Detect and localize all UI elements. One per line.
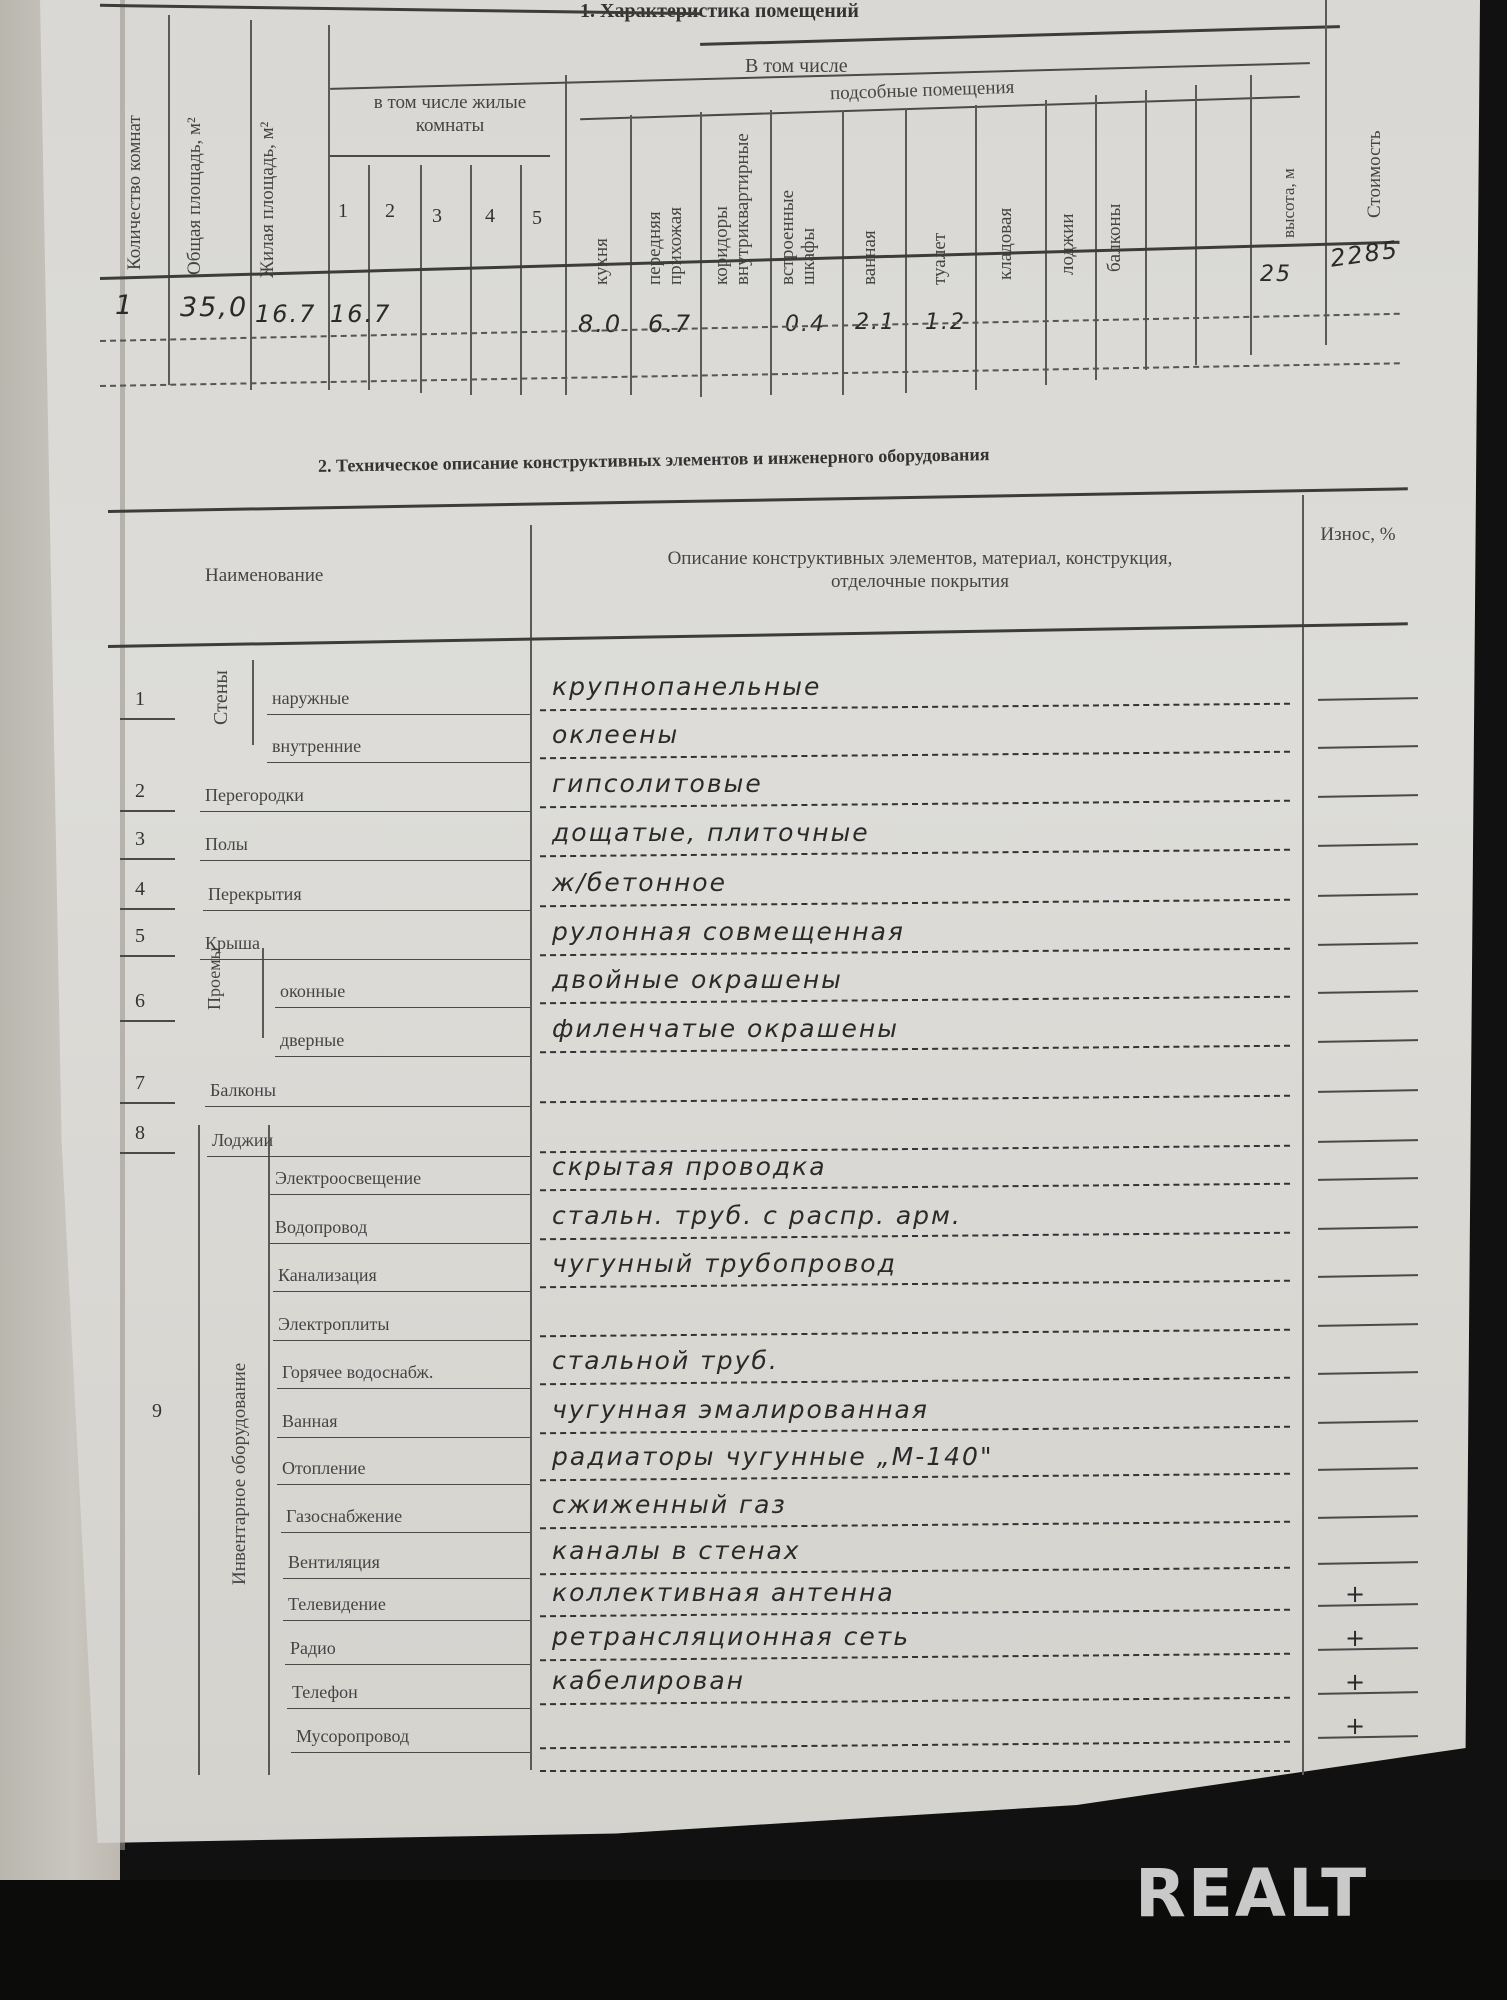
- row-description: дощатые, плиточные: [552, 818, 870, 847]
- room-number-5: 5: [532, 207, 542, 230]
- row-description: кабелирован: [552, 1666, 745, 1695]
- row-description: ретрансляционная сеть: [552, 1622, 910, 1651]
- row-name-underline: [277, 1388, 530, 1389]
- row-name-underline: [277, 1484, 530, 1485]
- row-name-underline: [200, 959, 530, 960]
- header-storage: кладовая: [996, 208, 1017, 280]
- col-line: [1145, 90, 1147, 370]
- room-number-2: 2: [385, 200, 395, 223]
- row-name-underline: [281, 1532, 530, 1533]
- col-line: [268, 1125, 270, 1775]
- row-name: Водопровод: [275, 1217, 367, 1238]
- room1-value: 16.7: [330, 300, 391, 328]
- row-name: Телевидение: [288, 1594, 386, 1615]
- row-number: 7: [135, 1072, 145, 1095]
- row-name-underline: [291, 1752, 530, 1753]
- row-name: оконные: [280, 981, 345, 1002]
- row-name-underline: [275, 1056, 530, 1057]
- row-name: Электроплиты: [278, 1314, 389, 1335]
- row-name: Полы: [205, 834, 248, 855]
- col-line: [1045, 100, 1047, 385]
- row-name-underline: [287, 1708, 530, 1709]
- row-name: Газоснабжение: [286, 1506, 402, 1527]
- row-description: сжиженный газ: [552, 1490, 787, 1519]
- row-description: скрытая проводка: [552, 1152, 827, 1181]
- header-cost: Стоимость: [1365, 130, 1386, 218]
- row-number-underline: [120, 858, 175, 860]
- row-number: 1: [135, 688, 145, 711]
- header-wear: Износ, %: [1318, 525, 1398, 546]
- col-line: [530, 525, 532, 1770]
- row-description: каналы в стенах: [552, 1536, 801, 1565]
- row-number: 9: [152, 1400, 162, 1423]
- col-line: [975, 105, 977, 390]
- row-description: чугунный трубопровод: [552, 1249, 897, 1278]
- row-name-underline: [203, 910, 530, 911]
- col-line: [520, 165, 522, 395]
- row-name-underline: [200, 860, 530, 861]
- row-number: 6: [135, 990, 145, 1013]
- header-loggias: лоджии: [1058, 213, 1079, 275]
- col-line: [470, 165, 472, 395]
- row-name: Телефон: [292, 1682, 358, 1703]
- divider: [330, 155, 550, 157]
- row-name-underline: [205, 1106, 530, 1107]
- row-number-underline: [120, 908, 175, 910]
- row-number-underline: [120, 955, 175, 957]
- row-name: внутренние: [272, 736, 361, 757]
- row-description: оклеены: [552, 720, 679, 749]
- row-description: чугунная эмалированная: [552, 1395, 929, 1424]
- row-name-underline: [273, 1340, 530, 1341]
- col-line: [198, 1125, 200, 1775]
- row-number: 2: [135, 780, 145, 803]
- row-number-underline: [120, 810, 175, 812]
- row-name: Перегородки: [205, 785, 304, 806]
- row-name: Балконы: [210, 1080, 276, 1101]
- row-number: 4: [135, 878, 145, 901]
- row-description: крупнопанельные: [552, 672, 821, 701]
- col-line: [252, 660, 254, 745]
- header-corridors: коридоры внутриквартирные: [712, 145, 754, 285]
- col-line: [770, 110, 772, 395]
- header-description: Описание конструктивных элементов, матер…: [640, 548, 1200, 594]
- row-name: наружные: [272, 688, 349, 709]
- header-balconies: балконы: [1105, 204, 1126, 272]
- row-name: Отопление: [282, 1458, 366, 1479]
- row-name: Крыша: [205, 933, 260, 954]
- row-number: 8: [135, 1122, 145, 1145]
- row-name: Лоджии: [212, 1130, 273, 1151]
- row-description-line: [540, 1770, 1290, 1772]
- row-description: стальной труб.: [552, 1346, 779, 1375]
- col-line: [565, 75, 567, 395]
- row-name-underline: [270, 1194, 530, 1195]
- row-description: ж/бетонное: [552, 868, 727, 897]
- row-name-underline: [270, 1243, 530, 1244]
- row-name-underline: [275, 1007, 530, 1008]
- header-toilet: туалет: [930, 233, 951, 285]
- col-line: [250, 20, 252, 390]
- header-hall: передняя прихожая: [645, 175, 687, 285]
- row-description: двойные окрашены: [552, 965, 843, 994]
- living-area-value: 16.7: [255, 300, 316, 328]
- col-line: [842, 110, 844, 395]
- header-height: высота, м: [1280, 168, 1299, 238]
- row-name: Электроосвещение: [275, 1168, 421, 1189]
- row-name: Горячее водоснабж.: [282, 1362, 433, 1383]
- col-line: [420, 165, 422, 393]
- row-description: гипсолитовые: [552, 769, 763, 798]
- row-name: Мусоропровод: [296, 1726, 409, 1747]
- room-number-1: 1: [338, 200, 348, 223]
- row-name: Ванная: [282, 1411, 338, 1432]
- col-line: [168, 15, 170, 385]
- height-value: 25: [1260, 262, 1292, 287]
- row-number: 3: [135, 828, 145, 851]
- kitchen-value: 8.0: [578, 310, 622, 338]
- row-name: Канализация: [278, 1265, 377, 1286]
- row-name: Радио: [290, 1638, 336, 1659]
- header-rooms-count: Количество комнат: [125, 30, 146, 270]
- row-name: Вентиляция: [288, 1552, 380, 1573]
- header-total-area: Общая площадь, м²: [185, 35, 206, 275]
- watermark-logo: REALT: [1135, 1855, 1368, 1932]
- row-description: филенчатые окрашены: [552, 1014, 899, 1043]
- header-closets: встроенные шкафы: [778, 165, 820, 285]
- room-number-4: 4: [485, 205, 495, 228]
- row-name-underline: [273, 1291, 530, 1292]
- group-walls: Стены: [210, 670, 232, 725]
- row-description: коллективная антенна: [552, 1578, 895, 1607]
- row-name-underline: [285, 1664, 530, 1665]
- room-number-3: 3: [432, 205, 442, 228]
- col-line: [262, 948, 264, 1038]
- row-name-underline: [283, 1620, 530, 1621]
- row-description: стальн. труб. с распр. арм.: [552, 1201, 962, 1230]
- row-name-underline: [267, 714, 530, 715]
- col-line: [1095, 95, 1097, 380]
- group-equipment: Инвентарное оборудование: [230, 1363, 251, 1585]
- row-number-underline: [120, 1102, 175, 1104]
- hall-value: 6.7: [648, 310, 692, 338]
- row-number-underline: [120, 1020, 175, 1022]
- row-name: дверные: [280, 1030, 344, 1051]
- col-line: [905, 108, 907, 393]
- total-area-value: 35,0: [180, 292, 248, 323]
- header-kitchen: кухня: [592, 238, 613, 285]
- row-name: Перекрытия: [208, 884, 302, 905]
- row-description: радиаторы чугунные „М-140": [552, 1442, 993, 1471]
- row-description: рулонная совмещенная: [552, 917, 905, 946]
- col-line: [630, 115, 632, 395]
- header-living-area: Жилая площадь, м²: [258, 38, 279, 278]
- row-number-underline: [120, 718, 175, 720]
- row-number-underline: [120, 1152, 175, 1154]
- rooms-count-value: 1: [115, 290, 134, 321]
- row-name-underline: [207, 1156, 530, 1157]
- header-incl-living-rooms: в том числе жилые комнаты: [360, 92, 540, 138]
- col-line: [1325, 0, 1327, 345]
- row-name-underline: [200, 811, 530, 812]
- header-name: Наименование: [205, 565, 323, 587]
- row-name-underline: [283, 1578, 530, 1579]
- col-line: [368, 165, 370, 390]
- col-line: [1250, 75, 1252, 355]
- col-line: [700, 112, 702, 397]
- col-line: [1195, 85, 1197, 365]
- row-name-underline: [267, 762, 530, 763]
- row-name-underline: [277, 1437, 530, 1438]
- col-line: [1302, 495, 1304, 1775]
- row-number: 5: [135, 925, 145, 948]
